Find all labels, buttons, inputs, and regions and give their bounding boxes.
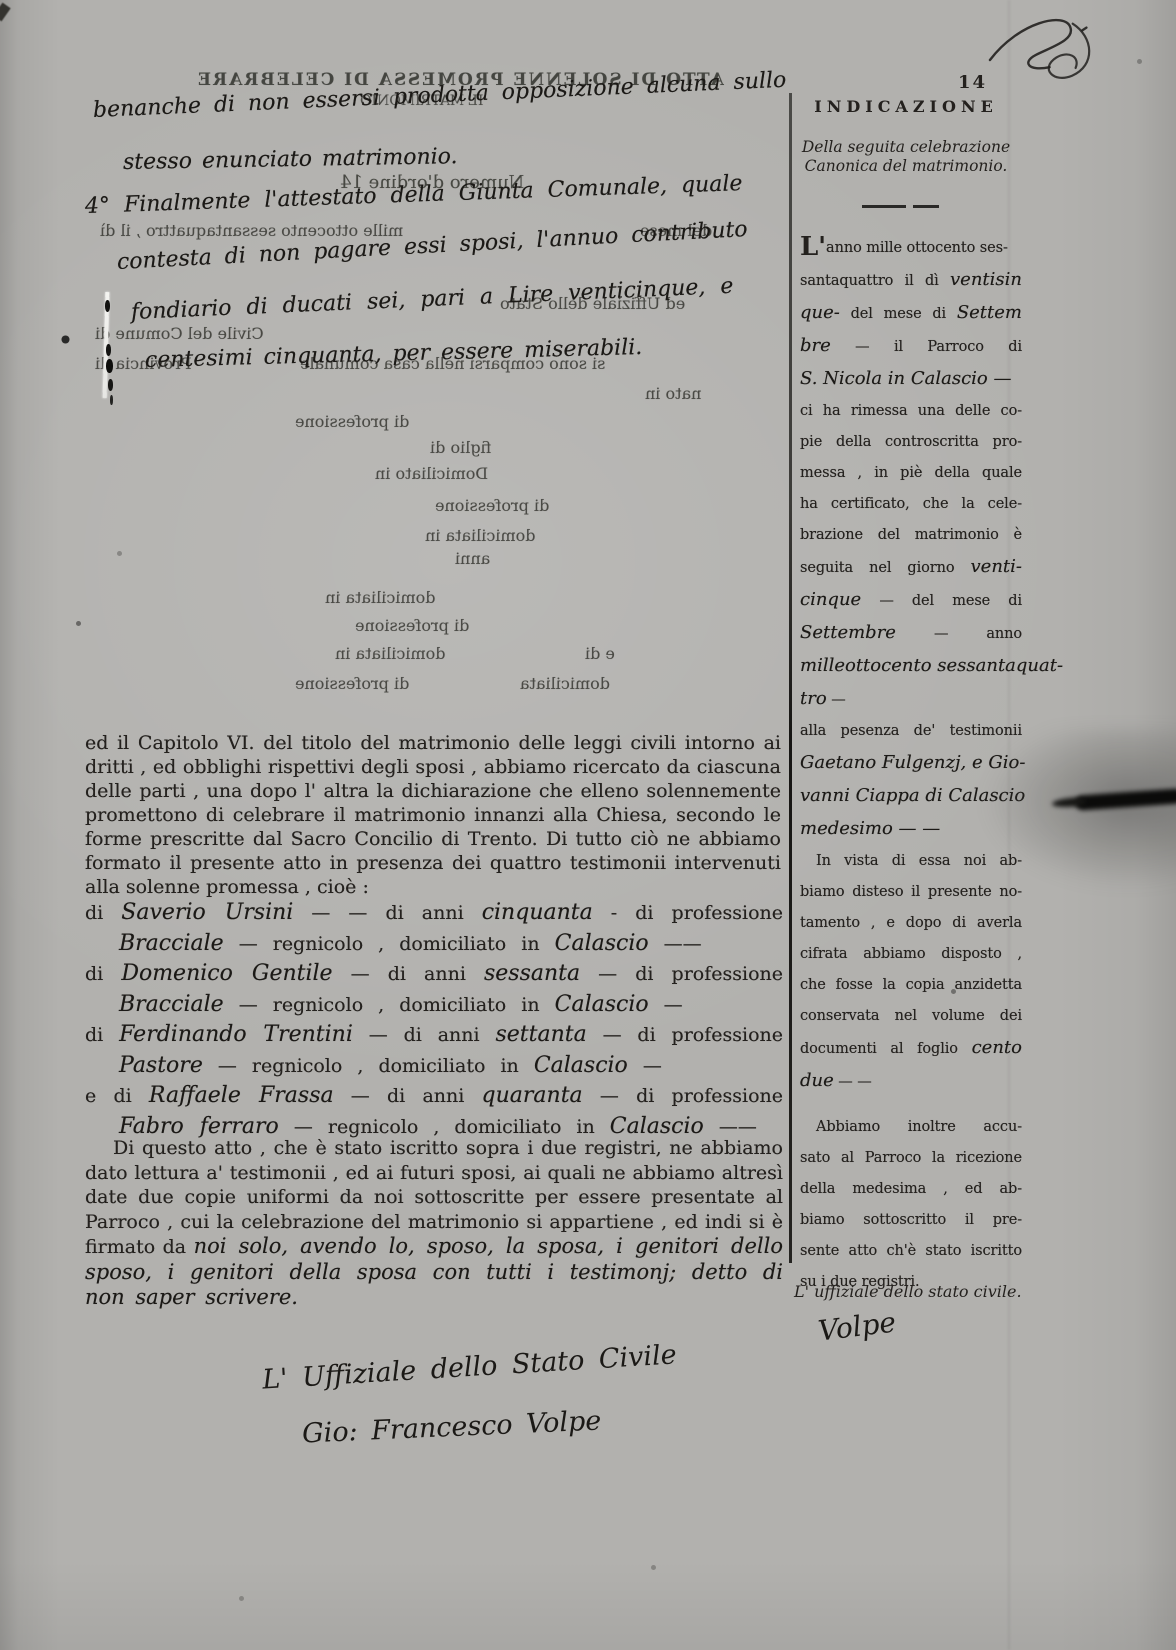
printed-text: — di anni <box>333 963 484 985</box>
handwritten-text: ventisin <box>950 269 1022 290</box>
right-column-line: que- del mese di Settem <box>800 297 1022 330</box>
bleed-through-line: domiciliata <box>520 674 610 693</box>
bleed-through-line: di professione <box>435 496 549 515</box>
printed-text: — di anni <box>353 1024 496 1046</box>
printed-text: Abbiamo inoltre accu- <box>816 1119 1022 1135</box>
handwritten-text: Ferdinando Trentini <box>119 1022 353 1047</box>
printed-text: sente atto ch'è stato iscritto <box>800 1243 1022 1259</box>
officer-label: L' uffiziale dello stato civile. <box>794 1282 1022 1301</box>
printed-text: fondiario di ducati sei, pari a Lire ven… <box>130 274 733 325</box>
handwritten-text: Calascio <box>534 1053 628 1078</box>
bleed-through-line: e di <box>585 644 615 663</box>
witness-line: e di Raffaele Frassa — di anni quaranta … <box>85 1081 783 1112</box>
printed-text: Domiciliato in <box>375 464 488 483</box>
printed-text: seguita nel giorno <box>800 560 971 576</box>
handwritten-text: cento <box>972 1037 1022 1058</box>
printed-text: della medesima , ed ab- <box>800 1181 1022 1197</box>
handwritten-text: Fabro ferraro <box>119 1114 279 1139</box>
printed-text: che fosse la copia anzidetta <box>800 977 1022 993</box>
handwritten-text: settanta <box>495 1022 586 1047</box>
signature-title: L' Uffiziale dello Stato Civile <box>261 1339 677 1395</box>
handwritten-text: tro <box>800 688 827 709</box>
handwritten-line: stesso enunciato matrimonio. <box>123 144 458 175</box>
right-column-line: due — — <box>800 1065 1022 1098</box>
drop-cap: L' <box>800 232 826 262</box>
printed-text: figlio di <box>430 438 491 457</box>
printed-text: —— <box>649 933 702 955</box>
corner-mark <box>0 3 11 22</box>
title-rule <box>862 196 939 215</box>
printed-text: messa , in piè della quale <box>800 465 1022 481</box>
bleed-through-line: di professione <box>295 412 409 431</box>
bleed-through-line: domiciliata in <box>325 588 436 607</box>
right-column-line: brazione del matrimonio è <box>800 520 1022 551</box>
right-column-line: bre — il Parroco di <box>800 330 1022 363</box>
right-column-line: documenti al foglio cento <box>800 1032 1022 1065</box>
printed-text: di professione <box>295 674 409 693</box>
handwritten-text: S. Nicola in Calascio — <box>800 368 1011 389</box>
right-column-line: sente atto ch'è stato iscritto <box>800 1236 1022 1267</box>
column-divider-rule <box>789 93 792 1263</box>
handwritten-text: que- <box>800 302 840 323</box>
handwritten-text: cinque <box>800 589 861 610</box>
printed-text: — — di anni <box>293 902 481 924</box>
printed-text: ed il Capitolo VI. del titolo del matrim… <box>85 732 781 898</box>
right-column-line: cifrata abbiamo disposto , <box>800 939 1022 970</box>
handwritten-text: medesimo — — <box>800 818 940 839</box>
printed-text: — <box>628 1055 662 1077</box>
handwritten-line: contesta di non pagare essi sposi, l'ann… <box>116 217 748 275</box>
document-page: ATTO DI SOLENNE PROMESSA DI CELEBRAREIL … <box>0 0 1176 1650</box>
printed-text: — regnicolo , domiciliato in <box>279 1116 610 1138</box>
right-column-line: messa , in piè della quale <box>800 458 1022 489</box>
printed-text: anno mille ottocento ses- <box>826 240 1008 256</box>
printed-text: — di professione <box>587 1024 783 1046</box>
paper-scratch-ink <box>105 300 110 312</box>
witness-line: Bracciale — regnicolo , domiciliato in C… <box>85 929 783 960</box>
witness-line: di Saverio Ursini — — di anni cinquanta … <box>85 898 783 929</box>
right-column-title: INDICAZIONE <box>800 97 1012 116</box>
printed-text: — — <box>834 1074 872 1090</box>
handwritten-line: centesimi cinquanta, per essere miserabi… <box>145 335 643 373</box>
handwritten-text: bre <box>800 335 831 356</box>
handwritten-text: Calascio <box>610 1114 704 1139</box>
handwritten-text: milleottocento sessantaquat- <box>800 655 1063 676</box>
right-column-line: pie della controscritta pro- <box>800 427 1022 458</box>
printed-text: — regnicolo , domiciliato in <box>203 1055 534 1077</box>
printed-text: documenti al foglio <box>800 1041 972 1057</box>
right-column-line: milleottocento sessantaquat- <box>800 650 1022 683</box>
printed-text: — di anni <box>334 1085 482 1107</box>
subtitle-line: Della seguita celebrazione <box>793 138 1019 157</box>
printed-text: — di professione <box>580 963 783 985</box>
handwritten-text: Bracciale <box>119 931 224 956</box>
right-column-line: della medesima , ed ab- <box>800 1174 1022 1205</box>
handwritten-text: Calascio <box>555 931 649 956</box>
printed-text: ci ha rimessa una delle co- <box>800 403 1022 419</box>
bleed-through-line: di professione <box>355 616 469 635</box>
printed-text: - di professione <box>593 902 783 924</box>
printed-text: biamo sottoscritto il pre- <box>800 1212 1022 1228</box>
right-column-line: che fosse la copia anzidetta <box>800 970 1022 1001</box>
printed-text: domiciliata in <box>325 588 436 607</box>
handwritten-text: Bracciale <box>119 992 224 1017</box>
printed-text: 4° Finalmente l'attestato della Giunta C… <box>85 171 743 219</box>
printed-text: ha certificato, che la cele- <box>800 496 1022 512</box>
printed-text: di professione <box>355 616 469 635</box>
printed-text: stesso enunciato matrimonio. <box>123 144 458 175</box>
printed-text: domiciliata <box>520 674 610 693</box>
handwritten-line: 4° Finalmente l'attestato della Giunta C… <box>85 171 743 219</box>
printed-text: sato al Parroco la ricezione <box>800 1150 1022 1166</box>
handwritten-text: Calascio <box>555 992 649 1017</box>
right-column-subtitle: Della seguita celebrazione Canonica del … <box>793 138 1019 176</box>
right-column-line: ha certificato, che la cele- <box>800 489 1022 520</box>
printed-text: — il Parroco di <box>831 339 1022 355</box>
witness-list: di Saverio Ursini — — di anni cinquanta … <box>85 898 783 1142</box>
handwritten-text: quaranta <box>482 1083 583 1108</box>
right-column-line: tro — <box>800 683 1022 716</box>
witness-line: Bracciale — regnicolo , domiciliato in C… <box>85 990 783 1021</box>
main-paragraph: ed il Capitolo VI. del titolo del matrim… <box>85 731 781 899</box>
handwritten-text: venti- <box>971 556 1023 577</box>
printed-text: domiciliata in <box>335 644 446 663</box>
right-column-line: conservata nel volume dei <box>800 1001 1022 1032</box>
printed-text: e di <box>85 1085 149 1107</box>
printed-text: di <box>85 902 121 924</box>
printed-text: e di <box>585 644 615 663</box>
witness-line: Pastore — regnicolo , domiciliato in Cal… <box>85 1051 783 1082</box>
bleed-through-line: anni <box>455 549 490 568</box>
bleed-through-line: domiciliata in <box>335 644 446 663</box>
right-column-line: cinque — del mese di <box>800 584 1022 617</box>
printed-text: — di professione <box>583 1085 783 1107</box>
handwritten-annotation-block: benanche di non essersi prodotta opposiz… <box>85 98 785 398</box>
right-column-line: santaquattro il dì ventisin <box>800 264 1022 297</box>
printed-text: del mese di <box>840 306 957 322</box>
right-column-line: seguita nel giorno venti- <box>800 551 1022 584</box>
printed-text: pie della controscritta pro- <box>800 434 1022 450</box>
printed-text: tamento , e dopo di averla <box>800 915 1022 931</box>
right-column-line: L'anno mille ottocento ses- <box>800 233 1022 264</box>
volpe-signature: Volpe <box>816 1305 897 1347</box>
closing-paragraph: Di questo atto , che è stato iscritto so… <box>85 1136 783 1311</box>
handwritten-line: fondiario di ducati sei, pari a Lire ven… <box>130 274 733 325</box>
bleed-through-line: domiciliata in <box>425 526 536 545</box>
corner-flourish-signature <box>970 1 1125 93</box>
printed-text: — anno <box>896 626 1022 642</box>
printed-text: —— <box>704 1116 757 1138</box>
handwritten-text: cinquanta <box>482 900 593 925</box>
handwritten-text: Settembre <box>800 622 896 643</box>
right-column-line: Abbiamo inoltre accu- <box>800 1112 1022 1143</box>
printed-text: cifrata abbiamo disposto , <box>800 946 1022 962</box>
witness-line: di Domenico Gentile — di anni sessanta —… <box>85 959 783 990</box>
right-column-line: tamento , e dopo di averla <box>800 908 1022 939</box>
handwritten-text: Settem <box>957 302 1022 323</box>
printed-text: — regnicolo , domiciliato in <box>224 933 555 955</box>
printed-text: conservata nel volume dei <box>800 1008 1022 1024</box>
printed-text: — regnicolo , domiciliato in <box>224 994 555 1016</box>
handwritten-text: Pastore <box>119 1053 203 1078</box>
printed-text: di professione <box>435 496 549 515</box>
handwritten-text: Saverio Ursini <box>121 900 293 925</box>
handwritten-text: Domenico Gentile <box>121 961 332 986</box>
right-column-line: biamo sottoscritto il pre- <box>800 1205 1022 1236</box>
right-column-line: Settembre — anno <box>800 617 1022 650</box>
printed-text: santaquattro il dì <box>800 273 950 289</box>
printed-text: di <box>85 963 121 985</box>
bleed-through-line: Domiciliato in <box>375 464 488 483</box>
printed-text: — del mese di <box>861 593 1022 609</box>
printed-text: — <box>649 994 683 1016</box>
handwritten-text: Raffaele Frassa <box>149 1083 334 1108</box>
subtitle-line: Canonica del matrimonio. <box>793 157 1019 176</box>
bleed-through-line: di professione <box>295 674 409 693</box>
printed-text: di <box>85 1024 119 1046</box>
signature-name: Gio: Francesco Volpe <box>301 1405 601 1449</box>
handwritten-text: sessanta <box>484 961 580 986</box>
printed-text: centesimi cinquanta, per essere miserabi… <box>145 335 643 373</box>
witness-line: di Ferdinando Trentini — di anni settant… <box>85 1020 783 1051</box>
right-column-line: sato al Parroco la ricezione <box>800 1143 1022 1174</box>
printed-text: — <box>827 692 846 708</box>
right-column-line: S. Nicola in Calascio — <box>800 363 1022 396</box>
printed-text: di professione <box>295 412 409 431</box>
printed-text: domiciliata in <box>425 526 536 545</box>
printed-text: brazione del matrimonio è <box>800 527 1022 543</box>
bleed-through-line: figlio di <box>430 438 491 457</box>
handwritten-text: due <box>800 1070 834 1091</box>
printed-text: contesta di non pagare essi sposi, l'ann… <box>116 217 748 275</box>
right-column-line: ci ha rimessa una delle co- <box>800 396 1022 427</box>
printed-text: anni <box>455 549 490 568</box>
